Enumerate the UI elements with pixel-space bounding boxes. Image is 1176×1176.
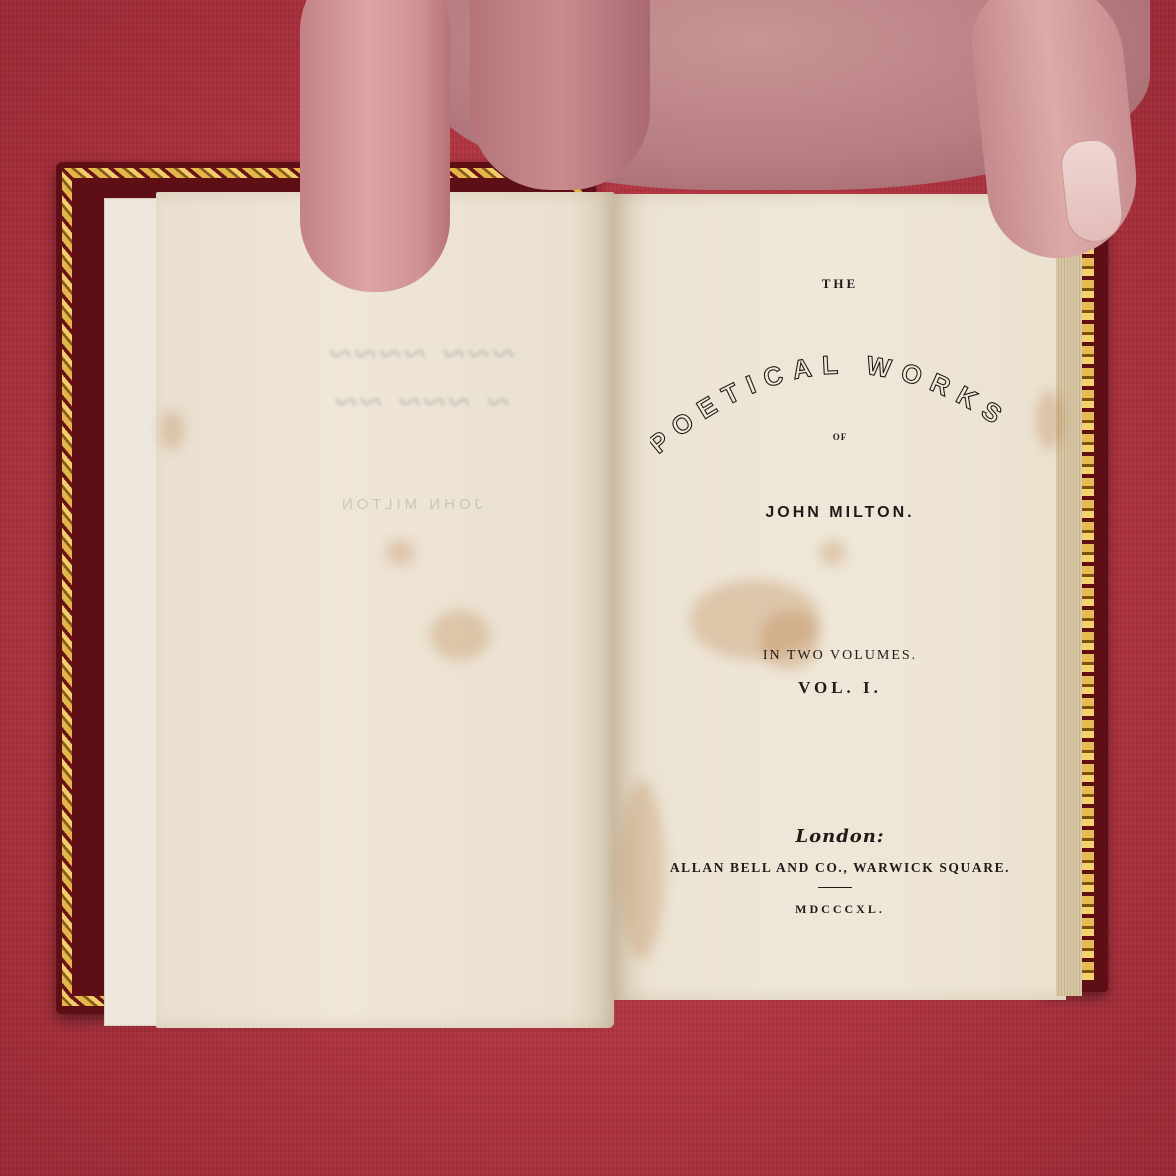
title-volumes: IN TWO VOLUMES.	[614, 648, 1066, 664]
foxing-spot	[385, 540, 415, 566]
title-the: THE	[614, 276, 1066, 292]
foxing-spot	[820, 540, 846, 566]
foxing-spot	[160, 410, 184, 450]
arched-title: POETICAL WORKS	[650, 330, 1010, 470]
page-edges	[1056, 204, 1082, 996]
title-volume-number: VOL. I.	[614, 678, 1066, 698]
arched-title-text: POETICAL WORKS	[650, 349, 1010, 459]
title-of: OF	[614, 432, 1066, 442]
imprint-rule	[818, 887, 852, 888]
right-page-title-page	[614, 194, 1066, 1000]
gilt-tooled-border-right	[1080, 214, 1094, 984]
imprint-publisher: ALLAN BELL AND CO., WARWICK SQUARE.	[614, 860, 1066, 876]
imprint-year: MDCCCXL.	[614, 902, 1066, 917]
foxing-spot	[430, 610, 490, 660]
imprint-city: London:	[614, 826, 1066, 847]
left-page-frontispiece-verso	[156, 192, 614, 1028]
show-through-title: ~~~ ~~~~~ ~~~ ~~	[270, 330, 570, 426]
title-author: JOHN MILTON.	[614, 504, 1066, 522]
show-through-author: JOHN MILTON	[260, 496, 560, 513]
hand-index-finger	[300, 0, 450, 292]
hand-middle-fingers	[470, 0, 650, 190]
